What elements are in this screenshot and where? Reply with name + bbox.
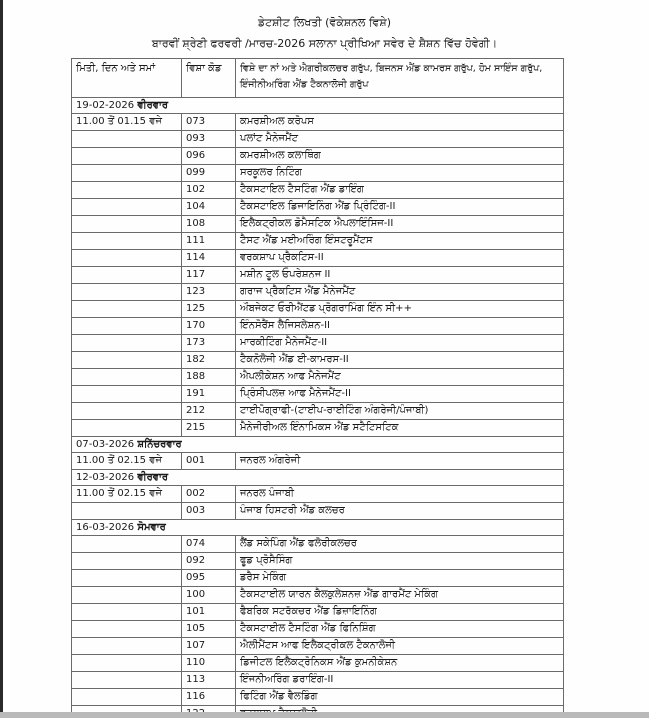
table-row: 11.00 ਤੋਂ 01.15 ਵਜੇ073ਕਮਰਸ਼ੀਅਲ ਕਰੋਪਸ <box>72 114 564 131</box>
subject-code: 173 <box>182 335 236 352</box>
subject-code: 093 <box>182 131 236 148</box>
subject-code: 073 <box>182 114 236 131</box>
document-title: ਡੇਟਸ਼ੀਟ ਲਿਖਤੀ (ਵੋਕੇਸ਼ਨਲ ਵਿਸ਼ੇ) <box>0 16 649 30</box>
time-cell <box>72 604 182 621</box>
subject-code: 074 <box>182 536 236 553</box>
date-cell: 07-03-2026 ਸ਼ਨਿੱਚਰਵਾਰ <box>72 437 564 453</box>
table-row: 100ਟੈਕਸਟਾਈਲ ਯਾਰਨ ਕੈਲਕੁਲੇਸ਼ਨਜ਼ ਐਂਡ ਗਾਰਮੈਂ… <box>72 587 564 604</box>
exam-day: ਵੀਰਵਾਰ <box>137 100 168 111</box>
exam-date: 12-03-2026 <box>76 472 134 483</box>
time-cell <box>72 536 182 553</box>
time-cell <box>72 284 182 301</box>
time-cell <box>72 199 182 216</box>
subject-name: ਕਮਰਸ਼ੀਅਲ ਕਰੋਪਸ <box>236 114 564 131</box>
table-row: 116ਫਿਟਿੰਗ ਐਂਡ ਵੈਲਡਿੰਗ <box>72 689 564 706</box>
subject-name: ਟੈਸਟ ਐਂਡ ਮਈਅਰਿੰਗ ਇੰਸਟਰੂਮੈਂਟਸ <box>236 233 564 250</box>
table-row: 182ਟੈਕਨੋਲੋਜੀ ਐਂਡ ਈ-ਕਾਮਰਸ-II <box>72 352 564 369</box>
table-row: 170ਇੰਨਸੋਰੈਂਸ ਲੈਜਿਸਲੇਸ਼ਨ-II <box>72 318 564 335</box>
table-row: 215ਮੈਨੇਜੀਰੀਅਲ ਇੰਨਾਮਿਕਸ ਐਂਡ ਸਟੈਟਿਸਟਿਕ <box>72 420 564 437</box>
subject-code: 125 <box>182 301 236 318</box>
subject-name: ਐਪਲੀਕੇਸ਼ਨ ਆਫ ਮੈਨੇਜਮੈਂਟ <box>236 369 564 386</box>
subject-code: 105 <box>182 621 236 638</box>
subject-name: ਜਨਰਲ ਅੰਗਰੇਜੀ <box>236 453 564 470</box>
time-cell <box>72 672 182 689</box>
subject-code: 212 <box>182 403 236 420</box>
subject-code: 170 <box>182 318 236 335</box>
time-cell <box>72 267 182 284</box>
table-row: 096ਕਮਰਸ਼ੀਅਲ ਕਲਾਥਿੰਗ <box>72 148 564 165</box>
time-cell <box>72 335 182 352</box>
subject-name: ਸਰਕੂਲਰ ਨਿਟਿੰਗ <box>236 165 564 182</box>
document-subtitle: ਬਾਰਵੀਂ ਸ਼੍ਰੇਣੀ ਫਰਵਰੀ /ਮਾਰਚ-2026 ਸਲਾਨਾ ਪ੍… <box>0 37 649 51</box>
subject-name: ਟੈਕਸਟਾਇਲ ਟੈਸਟਿੰਗ ਐਂਡ ਡਾਇੰਗ <box>236 182 564 199</box>
time-cell <box>72 318 182 335</box>
time-cell <box>72 148 182 165</box>
subject-name: ਮਾਰਕੀਟਿੰਗ ਮੈਨੇਜਮੈਂਟ-II <box>236 335 564 352</box>
subject-name: ਟੈਕਨੋਲੋਜੀ ਐਂਡ ਈ-ਕਾਮਰਸ-II <box>236 352 564 369</box>
subject-name: ਇੰਜਨੀਅਰਿੰਗ ਡਰਾਇੰਗ-II <box>236 672 564 689</box>
table-row: 101ਫੈਬਰਿਕ ਸਟਰੱਕਚਰ ਐਂਡ ਡਿਜ਼ਾਇਨਿੰਗ <box>72 604 564 621</box>
table-row: 095ਡਰੈਸ ਮੇਕਿੰਗ <box>72 570 564 587</box>
subject-code: 117 <box>182 267 236 284</box>
subject-code: 108 <box>182 216 236 233</box>
subject-code: 092 <box>182 553 236 570</box>
subject-code: 095 <box>182 570 236 587</box>
table-row: 111ਟੈਸਟ ਐਂਡ ਮਈਅਰਿੰਗ ਇੰਸਟਰੂਮੈਂਟਸ <box>72 233 564 250</box>
table-row: 123ਗਰਾਜ ਪ੍ਰੈਕਟਿਸ ਐਂਡ ਮੈਨੇਜਮੈਂਟ <box>72 284 564 301</box>
subject-code: 215 <box>182 420 236 437</box>
subject-code: 123 <box>182 284 236 301</box>
date-cell: 19-02-2026 ਵੀਰਵਾਰ <box>72 98 564 114</box>
subject-code: 188 <box>182 369 236 386</box>
subject-name: ਕਮਰਸ਼ੀਅਲ ਕਲਾਥਿੰਗ <box>236 148 564 165</box>
subject-name: ਪੰਜਾਬ ਹਿਸਟਰੀ ਐਂਡ ਕਲਚਰ <box>236 503 564 520</box>
table-row: 099ਸਰਕੂਲਰ ਨਿਟਿੰਗ <box>72 165 564 182</box>
exam-day: ਵੀਰਵਾਰ <box>137 472 168 483</box>
page-left-edge <box>0 0 3 712</box>
time-cell <box>72 131 182 148</box>
table-row: 102ਟੈਕਸਟਾਇਲ ਟੈਸਟਿੰਗ ਐਂਡ ਡਾਇੰਗ <box>72 182 564 199</box>
subject-name: ਮੈਨੇਜੀਰੀਅਲ ਇੰਨਾਮਿਕਸ ਐਂਡ ਸਟੈਟਿਸਟਿਕ <box>236 420 564 437</box>
date-row: 16-03-2026 ਸੋਮਵਾਰ <box>72 520 564 536</box>
time-cell <box>72 369 182 386</box>
table-row: 107ਐਲੀਮੈਂਟਸ ਆਫ ਇਲੈਕਟ੍ਰੀਕਲ ਟੈਕਨਾਲੋਜੀ <box>72 638 564 655</box>
exam-date: 07-03-2026 <box>76 439 134 450</box>
subject-code: 096 <box>182 148 236 165</box>
time-cell <box>72 553 182 570</box>
exam-date: 16-03-2026 <box>76 522 134 533</box>
time-cell: 11.00 ਤੋਂ 02.15 ਵਜੇ <box>72 486 182 503</box>
table-row: 074ਲੈਂਡ ਸਕੇਪਿੰਗ ਐਂਡ ਫਲੋਰੀਕਲਚਰ <box>72 536 564 553</box>
time-cell <box>72 655 182 672</box>
table-row: 092ਫੂਡ ਪ੍ਰੋਸੈਸਿੰਗ <box>72 553 564 570</box>
subject-name: ਡਰੈਸ ਮੇਕਿੰਗ <box>236 570 564 587</box>
subject-name: ਟੈਕਸਟਾਈਲ ਯਾਰਨ ਕੈਲਕੁਲੇਸ਼ਨਜ਼ ਐਂਡ ਗਾਰਮੈਂਟ ਮ… <box>236 587 564 604</box>
table-row: 114ਵਰਕਸ਼ਾਪ ਪ੍ਰੈਕਟਿਸ-II <box>72 250 564 267</box>
subject-name: ਡਿਜੀਟਲ ਇਲੈਕਟ੍ਰੋਨਿਕਸ ਐਂਡ ਕੁਮਨੀਕੇਸ਼ਨ <box>236 655 564 672</box>
subject-code: 099 <box>182 165 236 182</box>
time-cell: 11.00 ਤੋਂ 01.15 ਵਜੇ <box>72 114 182 131</box>
subject-name: ਐਲੀਮੈਂਟਸ ਆਫ ਇਲੈਕਟ੍ਰੀਕਲ ਟੈਕਨਾਲੋਜੀ <box>236 638 564 655</box>
subject-name: ਪਲਾਂਟ ਮੈਨੇਜਮੈਂਟ <box>236 131 564 148</box>
subject-name: ਗਰਾਜ ਪ੍ਰੈਕਟਿਸ ਐਂਡ ਮੈਨੇਜਮੈਂਟ <box>236 284 564 301</box>
subject-code: 107 <box>182 638 236 655</box>
subject-code: 003 <box>182 503 236 520</box>
subject-code: 111 <box>182 233 236 250</box>
subject-code: 100 <box>182 587 236 604</box>
header-code: ਵਿਸ਼ਾ ਕੋਡ <box>182 59 236 98</box>
subject-name: ਇਲੈਕਟ੍ਰੀਕਲ ਡੋਮੈਸਟਿਕ ਐਪਲਾਇੰਸਿਜ-II <box>236 216 564 233</box>
subject-name: ਜਨਰਲ ਪੰਜਾਬੀ <box>236 486 564 503</box>
subject-name: ਫੈਬਰਿਕ ਸਟਰੱਕਚਰ ਐਂਡ ਡਿਜ਼ਾਇਨਿੰਗ <box>236 604 564 621</box>
table-row: 11.00 ਤੋਂ 02.15 ਵਜੇ001ਜਨਰਲ ਅੰਗਰੇਜੀ <box>72 453 564 470</box>
time-cell <box>72 621 182 638</box>
subject-code: 002 <box>182 486 236 503</box>
time-cell <box>72 233 182 250</box>
table-row: 093ਪਲਾਂਟ ਮੈਨੇਜਮੈਂਟ <box>72 131 564 148</box>
subject-code: 104 <box>182 199 236 216</box>
date-cell: 12-03-2026 ਵੀਰਵਾਰ <box>72 470 564 486</box>
date-cell: 16-03-2026 ਸੋਮਵਾਰ <box>72 520 564 536</box>
table-row: 117ਮਸ਼ੀਨ ਟੂਲ ਓਪਰੇਸ਼ਨਜ II <box>72 267 564 284</box>
table-row: 003ਪੰਜਾਬ ਹਿਸਟਰੀ ਐਂਡ ਕਲਚਰ <box>72 503 564 520</box>
time-cell <box>72 386 182 403</box>
date-row: 07-03-2026 ਸ਼ਨਿੱਚਰਵਾਰ <box>72 437 564 453</box>
time-cell: 11.00 ਤੋਂ 02.15 ਵਜੇ <box>72 453 182 470</box>
time-cell <box>72 403 182 420</box>
time-cell <box>72 638 182 655</box>
subject-name: ਇੰਨਸੋਰੈਂਸ ਲੈਜਿਸਲੇਸ਼ਨ-II <box>236 318 564 335</box>
table-row: 191ਪ੍ਰਿੰਸੀਪਲਜ਼ ਆਫ ਮੈਨੇਜਮੈਂਟ-II <box>72 386 564 403</box>
time-cell <box>72 420 182 437</box>
table-row: 104ਟੈਕਸਟਾਇਲ ਡਿਜਾਇਨਿੰਗ ਐਂਡ ਪ੍ਰਿੰਟਿੰਗ-II <box>72 199 564 216</box>
subject-code: 191 <box>182 386 236 403</box>
subject-code: 102 <box>182 182 236 199</box>
table-row: 113ਇੰਜਨੀਅਰਿੰਗ ਡਰਾਇੰਗ-II <box>72 672 564 689</box>
time-cell <box>72 689 182 706</box>
time-cell <box>72 301 182 318</box>
header-subject: ਵਿਸ਼ੇ ਦਾ ਨਾਂ ਅਤੇ ਐਗਰੀਕਲਚਰ ਗਰੁੱਪ, ਬਿਜਨਸ ਐ… <box>236 59 564 98</box>
date-row: 19-02-2026 ਵੀਰਵਾਰ <box>72 98 564 114</box>
table-row: 188ਐਪਲੀਕੇਸ਼ਨ ਆਫ ਮੈਨੇਜਮੈਂਟ <box>72 369 564 386</box>
table-row: 105ਟੈਕਸਟਾਈਲ ਟੈਸਟਿੰਗ ਐਂਡ ਫਿਨਿਸ਼ਿੰਗ <box>72 621 564 638</box>
time-cell <box>72 570 182 587</box>
subject-name: ਮਸ਼ੀਨ ਟੂਲ ਓਪਰੇਸ਼ਨਜ II <box>236 267 564 284</box>
subject-name: ਵਰਕਸ਼ਾਪ ਪ੍ਰੈਕਟਿਸ-II <box>236 250 564 267</box>
subject-code: 114 <box>182 250 236 267</box>
subject-code: 001 <box>182 453 236 470</box>
subject-name: ਫਿਟਿੰਗ ਐਂਡ ਵੈਲਡਿੰਗ <box>236 689 564 706</box>
time-cell <box>72 216 182 233</box>
header-date-time: ਮਿਤੀ, ਦਿਨ ਅਤੇ ਸਮਾਂ <box>72 59 182 98</box>
time-cell <box>72 250 182 267</box>
datesheet-table: ਮਿਤੀ, ਦਿਨ ਅਤੇ ਸਮਾਂ ਵਿਸ਼ਾ ਕੋਡ ਵਿਸ਼ੇ ਦਾ ਨਾ… <box>71 58 564 718</box>
time-cell <box>72 503 182 520</box>
time-cell <box>72 165 182 182</box>
time-cell <box>72 352 182 369</box>
subject-name: ਟੈਕਸਟਾਈਲ ਟੈਸਟਿੰਗ ਐਂਡ ਫਿਨਿਸ਼ਿੰਗ <box>236 621 564 638</box>
table-row: 11.00 ਤੋਂ 02.15 ਵਜੇ002ਜਨਰਲ ਪੰਜਾਬੀ <box>72 486 564 503</box>
subject-name: ਫੂਡ ਪ੍ਰੋਸੈਸਿੰਗ <box>236 553 564 570</box>
subject-code: 113 <box>182 672 236 689</box>
subject-code: 182 <box>182 352 236 369</box>
date-row: 12-03-2026 ਵੀਰਵਾਰ <box>72 470 564 486</box>
time-cell <box>72 587 182 604</box>
subject-name: ਪ੍ਰਿੰਸੀਪਲਜ਼ ਆਫ ਮੈਨੇਜਮੈਂਟ-II <box>236 386 564 403</box>
bottom-scroll-bar <box>0 712 649 718</box>
table-header-row: ਮਿਤੀ, ਦਿਨ ਅਤੇ ਸਮਾਂ ਵਿਸ਼ਾ ਕੋਡ ਵਿਸ਼ੇ ਦਾ ਨਾ… <box>72 59 564 98</box>
subject-name: ਔਬਜੇਕਟ ਓਰੀਐਂਟਡ ਪ੍ਰੋਗਰਾਮਿੰਗ ਇੰਨ ਸੀ++ <box>236 301 564 318</box>
table-row: 110ਡਿਜੀਟਲ ਇਲੈਕਟ੍ਰੋਨਿਕਸ ਐਂਡ ਕੁਮਨੀਕੇਸ਼ਨ <box>72 655 564 672</box>
subject-code: 116 <box>182 689 236 706</box>
subject-name: ਟਾਈਪੋਗ੍ਰਾਫੀ-(ਟਾਈਪ-ਰਾਈਟਿੰਗ ਅੰਗਰੇਜੀ/ਪੰਜਾਬੀ… <box>236 403 564 420</box>
exam-day: ਸ਼ਨਿੱਚਰਵਾਰ <box>137 439 181 450</box>
time-cell <box>72 182 182 199</box>
subject-code: 110 <box>182 655 236 672</box>
table-row: 173ਮਾਰਕੀਟਿੰਗ ਮੈਨੇਜਮੈਂਟ-II <box>72 335 564 352</box>
subject-name: ਲੈਂਡ ਸਕੇਪਿੰਗ ਐਂਡ ਫਲੋਰੀਕਲਚਰ <box>236 536 564 553</box>
table-row: 108ਇਲੈਕਟ੍ਰੀਕਲ ਡੋਮੈਸਟਿਕ ਐਪਲਾਇੰਸਿਜ-II <box>72 216 564 233</box>
exam-date: 19-02-2026 <box>76 100 134 111</box>
subject-code: 101 <box>182 604 236 621</box>
table-row: 125ਔਬਜੇਕਟ ਓਰੀਐਂਟਡ ਪ੍ਰੋਗਰਾਮਿੰਗ ਇੰਨ ਸੀ++ <box>72 301 564 318</box>
subject-name: ਟੈਕਸਟਾਇਲ ਡਿਜਾਇਨਿੰਗ ਐਂਡ ਪ੍ਰਿੰਟਿੰਗ-II <box>236 199 564 216</box>
exam-day: ਸੋਮਵਾਰ <box>137 522 166 533</box>
table-row: 212ਟਾਈਪੋਗ੍ਰਾਫੀ-(ਟਾਈਪ-ਰਾਈਟਿੰਗ ਅੰਗਰੇਜੀ/ਪੰਜ… <box>72 403 564 420</box>
